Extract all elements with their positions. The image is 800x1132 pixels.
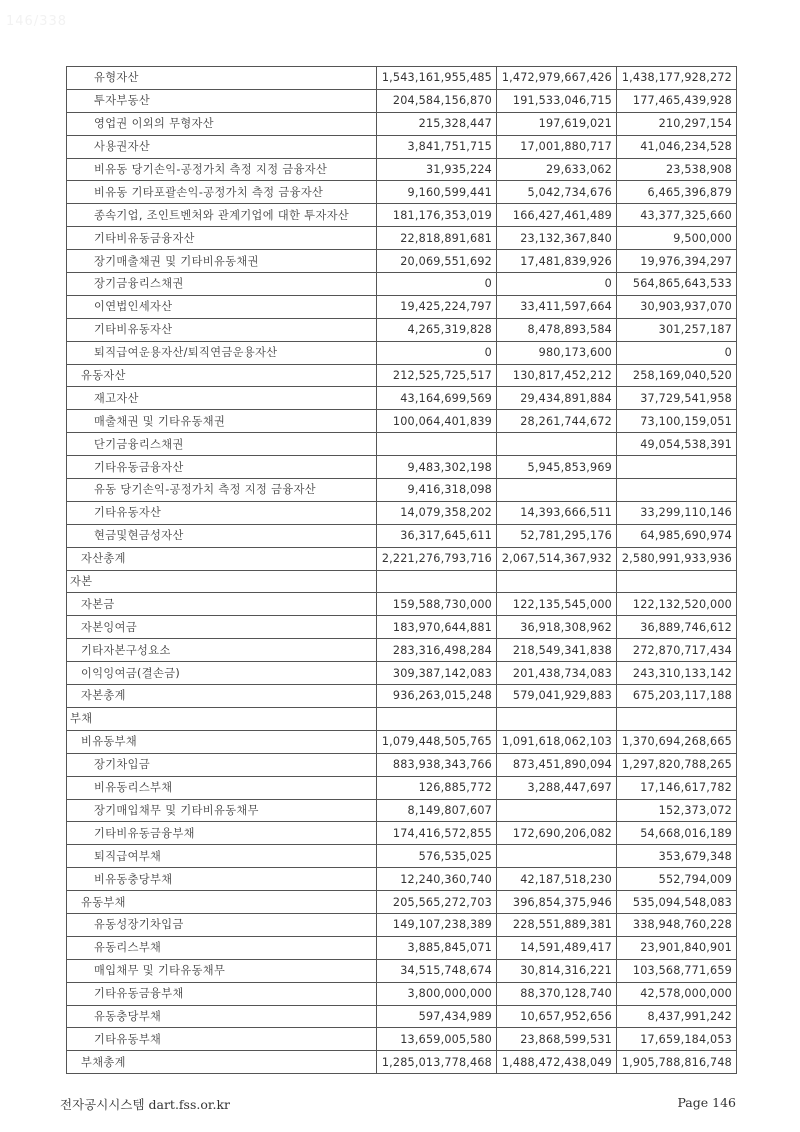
period-3-value: 535,094,548,083 [617,891,737,914]
table-row: 장기매입채무 및 기타비유동채무8,149,807,607152,373,072 [67,799,737,822]
period-3-value: 23,901,840,901 [617,936,737,959]
table-row: 기타비유동금융자산22,818,891,68123,132,367,8409,5… [67,227,737,250]
row-label: 자본총계 [67,685,377,708]
table-row: 기타유동금융부채3,800,000,00088,370,128,74042,57… [67,982,737,1005]
period-2-value: 14,591,489,417 [497,936,617,959]
table-row: 투자부동산204,584,156,870191,533,046,715177,4… [67,89,737,112]
period-2-value: 1,472,979,667,426 [497,67,617,90]
period-1-value: 31,935,224 [377,158,497,181]
period-1-value: 4,265,319,828 [377,318,497,341]
period-1-value: 204,584,156,870 [377,89,497,112]
period-2-value [497,799,617,822]
period-1-value: 19,425,224,797 [377,295,497,318]
period-3-value: 8,437,991,242 [617,1005,737,1028]
financial-statement-body: 유형자산1,543,161,955,4851,472,979,667,4261,… [67,67,737,1074]
period-2-value: 14,393,666,511 [497,501,617,524]
row-label: 이연법인세자산 [67,295,377,318]
period-1-value: 36,317,645,611 [377,524,497,547]
table-row: 현금및현금성자산36,317,645,61152,781,295,17664,9… [67,524,737,547]
period-1-value: 159,588,730,000 [377,593,497,616]
financial-statement-table: 유형자산1,543,161,955,4851,472,979,667,4261,… [66,66,737,1074]
page-watermark: 146/338 [6,14,67,29]
period-1-value: 2,221,276,793,716 [377,547,497,570]
row-label: 이익잉여금(결손금) [67,662,377,685]
period-3-value: 19,976,394,297 [617,250,737,273]
table-row: 유동부채205,565,272,703396,854,375,946535,09… [67,891,737,914]
table-row: 유동리스부채3,885,845,07114,591,489,41723,901,… [67,936,737,959]
period-1-value: 215,328,447 [377,112,497,135]
table-row: 기타자본구성요소283,316,498,284218,549,341,83827… [67,639,737,662]
row-label: 자산총계 [67,547,377,570]
row-label: 영업권 이외의 무형자산 [67,112,377,135]
period-3-value: 338,948,760,228 [617,913,737,936]
period-3-value: 9,500,000 [617,227,737,250]
table-row: 자본금159,588,730,000122,135,545,000122,132… [67,593,737,616]
period-2-value: 88,370,128,740 [497,982,617,1005]
period-2-value: 8,478,893,584 [497,318,617,341]
period-2-value: 29,633,062 [497,158,617,181]
row-label: 비유동 당기손익-공정가치 측정 지정 금융자산 [67,158,377,181]
period-3-value: 675,203,117,188 [617,685,737,708]
row-label: 자본 [67,570,377,593]
row-label: 기타비유동금융자산 [67,227,377,250]
row-label: 자본금 [67,593,377,616]
row-label: 유동충당부채 [67,1005,377,1028]
table-row: 기타비유동자산4,265,319,8288,478,893,584301,257… [67,318,737,341]
period-2-value: 2,067,514,367,932 [497,547,617,570]
period-2-value: 873,451,890,094 [497,753,617,776]
table-row: 장기차입금883,938,343,766873,451,890,0941,297… [67,753,737,776]
table-row: 유동성장기차입금149,107,238,389228,551,889,38133… [67,913,737,936]
period-2-value: 166,427,461,489 [497,204,617,227]
table-row: 기타비유동금융부채174,416,572,855172,690,206,0825… [67,822,737,845]
period-1-value: 883,938,343,766 [377,753,497,776]
period-3-value: 41,046,234,528 [617,135,737,158]
period-2-value: 17,481,839,926 [497,250,617,273]
table-row: 유동충당부채597,434,98910,657,952,6568,437,991… [67,1005,737,1028]
period-1-value: 181,176,353,019 [377,204,497,227]
row-label: 매입채무 및 기타유동채무 [67,959,377,982]
period-2-value: 191,533,046,715 [497,89,617,112]
period-2-value: 980,173,600 [497,341,617,364]
row-label: 장기차입금 [67,753,377,776]
table-row: 매출채권 및 기타유동채권100,064,401,83928,261,744,6… [67,410,737,433]
period-1-value: 9,416,318,098 [377,479,497,502]
period-3-value: 73,100,159,051 [617,410,737,433]
period-3-value: 564,865,643,533 [617,273,737,296]
period-3-value [617,707,737,730]
row-label: 장기금융리스채권 [67,273,377,296]
period-3-value: 30,903,937,070 [617,295,737,318]
period-1-value: 1,285,013,778,468 [377,1051,497,1074]
period-1-value: 20,069,551,692 [377,250,497,273]
period-2-value: 23,132,367,840 [497,227,617,250]
row-label: 장기매입채무 및 기타비유동채무 [67,799,377,822]
row-label: 퇴직급여운용자산/퇴직연금운용자산 [67,341,377,364]
period-2-value: 201,438,734,083 [497,662,617,685]
table-row: 장기금융리스채권00564,865,643,533 [67,273,737,296]
period-2-value: 579,041,929,883 [497,685,617,708]
row-label: 기타비유동금융부채 [67,822,377,845]
table-row: 부채총계1,285,013,778,4681,488,472,438,0491,… [67,1051,737,1074]
period-3-value: 17,659,184,053 [617,1028,737,1051]
period-3-value: 353,679,348 [617,845,737,868]
table-row: 이연법인세자산19,425,224,79733,411,597,66430,90… [67,295,737,318]
period-1-value: 183,970,644,881 [377,616,497,639]
table-row: 비유동 당기손익-공정가치 측정 지정 금융자산31,935,22429,633… [67,158,737,181]
period-3-value: 210,297,154 [617,112,737,135]
period-2-value: 28,261,744,672 [497,410,617,433]
table-row: 재고자산43,164,699,56929,434,891,88437,729,5… [67,387,737,410]
footer-source: 전자공시시스템 dart.fss.or.kr [60,1095,230,1113]
period-3-value [617,456,737,479]
row-label: 사용권자산 [67,135,377,158]
period-1-value [377,707,497,730]
period-1-value: 936,263,015,248 [377,685,497,708]
period-1-value: 3,885,845,071 [377,936,497,959]
period-2-value [497,433,617,456]
period-2-value: 5,042,734,676 [497,181,617,204]
period-3-value: 243,310,133,142 [617,662,737,685]
period-1-value: 1,543,161,955,485 [377,67,497,90]
period-2-value: 228,551,889,381 [497,913,617,936]
period-1-value: 149,107,238,389 [377,913,497,936]
row-label: 비유동부채 [67,730,377,753]
row-label: 부채 [67,707,377,730]
table-row: 장기매출채권 및 기타비유동채권20,069,551,69217,481,839… [67,250,737,273]
period-1-value: 205,565,272,703 [377,891,497,914]
table-row: 유동자산212,525,725,517130,817,452,212258,16… [67,364,737,387]
row-label: 기타유동금융부채 [67,982,377,1005]
period-1-value: 3,800,000,000 [377,982,497,1005]
row-label: 유형자산 [67,67,377,90]
period-2-value: 17,001,880,717 [497,135,617,158]
period-1-value: 576,535,025 [377,845,497,868]
period-3-value: 42,578,000,000 [617,982,737,1005]
period-3-value: 6,465,396,879 [617,181,737,204]
period-3-value: 177,465,439,928 [617,89,737,112]
period-3-value: 103,568,771,659 [617,959,737,982]
period-3-value: 258,169,040,520 [617,364,737,387]
period-1-value: 100,064,401,839 [377,410,497,433]
period-1-value: 174,416,572,855 [377,822,497,845]
row-label: 유동부채 [67,891,377,914]
row-label: 기타자본구성요소 [67,639,377,662]
period-2-value: 396,854,375,946 [497,891,617,914]
row-label: 부채총계 [67,1051,377,1074]
table-row: 자산총계2,221,276,793,7162,067,514,367,9322,… [67,547,737,570]
table-row: 자본 [67,570,737,593]
table-row: 비유동충당부채12,240,360,74042,187,518,230552,7… [67,868,737,891]
table-row: 기타유동금융자산9,483,302,1985,945,853,969 [67,456,737,479]
period-1-value: 283,316,498,284 [377,639,497,662]
period-3-value: 33,299,110,146 [617,501,737,524]
period-2-value: 1,488,472,438,049 [497,1051,617,1074]
table-row: 영업권 이외의 무형자산215,328,447197,619,021210,29… [67,112,737,135]
row-label: 기타비유동자산 [67,318,377,341]
table-row: 사용권자산3,841,751,71517,001,880,71741,046,2… [67,135,737,158]
table-row: 비유동부채1,079,448,505,7651,091,618,062,1031… [67,730,737,753]
period-3-value: 301,257,187 [617,318,737,341]
period-3-value: 54,668,016,189 [617,822,737,845]
table-row: 자본총계936,263,015,248579,041,929,883675,20… [67,685,737,708]
row-label: 유동 당기손익-공정가치 측정 지정 금융자산 [67,479,377,502]
row-label: 매출채권 및 기타유동채권 [67,410,377,433]
period-3-value: 1,438,177,928,272 [617,67,737,90]
row-label: 재고자산 [67,387,377,410]
period-1-value: 9,483,302,198 [377,456,497,479]
table-row: 단기금융리스채권49,054,538,391 [67,433,737,456]
period-1-value: 34,515,748,674 [377,959,497,982]
period-2-value: 0 [497,273,617,296]
period-2-value: 10,657,952,656 [497,1005,617,1028]
period-3-value: 37,729,541,958 [617,387,737,410]
row-label: 기타유동금융자산 [67,456,377,479]
period-1-value: 9,160,599,441 [377,181,497,204]
period-2-value: 42,187,518,230 [497,868,617,891]
period-1-value: 1,079,448,505,765 [377,730,497,753]
table-row: 기타유동자산14,079,358,20214,393,666,51133,299… [67,501,737,524]
period-1-value: 13,659,005,580 [377,1028,497,1051]
period-1-value: 14,079,358,202 [377,501,497,524]
period-2-value: 122,135,545,000 [497,593,617,616]
period-3-value: 552,794,009 [617,868,737,891]
period-1-value: 12,240,360,740 [377,868,497,891]
period-1-value: 8,149,807,607 [377,799,497,822]
period-3-value: 272,870,717,434 [617,639,737,662]
row-label: 종속기업, 조인트벤처와 관계기업에 대한 투자자산 [67,204,377,227]
period-2-value: 5,945,853,969 [497,456,617,479]
period-3-value: 2,580,991,933,936 [617,547,737,570]
table-row: 기타유동부채13,659,005,58023,868,599,53117,659… [67,1028,737,1051]
period-1-value: 3,841,751,715 [377,135,497,158]
period-1-value: 43,164,699,569 [377,387,497,410]
period-2-value [497,479,617,502]
row-label: 퇴직급여부채 [67,845,377,868]
period-3-value: 17,146,617,782 [617,776,737,799]
period-2-value [497,707,617,730]
period-3-value: 1,297,820,788,265 [617,753,737,776]
row-label: 유동자산 [67,364,377,387]
row-label: 현금및현금성자산 [67,524,377,547]
table-row: 퇴직급여운용자산/퇴직연금운용자산0980,173,6000 [67,341,737,364]
period-2-value: 52,781,295,176 [497,524,617,547]
period-3-value [617,479,737,502]
table-row: 유형자산1,543,161,955,4851,472,979,667,4261,… [67,67,737,90]
period-1-value [377,570,497,593]
period-3-value: 1,370,694,268,665 [617,730,737,753]
period-1-value: 212,525,725,517 [377,364,497,387]
period-3-value: 36,889,746,612 [617,616,737,639]
period-2-value: 29,434,891,884 [497,387,617,410]
period-3-value: 64,985,690,974 [617,524,737,547]
period-1-value: 22,818,891,681 [377,227,497,250]
period-3-value: 1,905,788,816,748 [617,1051,737,1074]
row-label: 기타유동자산 [67,501,377,524]
table-row: 자본잉여금183,970,644,88136,918,308,96236,889… [67,616,737,639]
table-row: 부채 [67,707,737,730]
period-1-value [377,433,497,456]
period-2-value [497,845,617,868]
period-2-value: 33,411,597,664 [497,295,617,318]
period-3-value: 49,054,538,391 [617,433,737,456]
period-1-value: 0 [377,341,497,364]
table-row: 이익잉여금(결손금)309,387,142,083201,438,734,083… [67,662,737,685]
row-label: 비유동리스부채 [67,776,377,799]
period-1-value: 309,387,142,083 [377,662,497,685]
table-row: 종속기업, 조인트벤처와 관계기업에 대한 투자자산181,176,353,01… [67,204,737,227]
table-row: 유동 당기손익-공정가치 측정 지정 금융자산9,416,318,098 [67,479,737,502]
row-label: 자본잉여금 [67,616,377,639]
row-label: 유동성장기차입금 [67,913,377,936]
period-3-value: 122,132,520,000 [617,593,737,616]
row-label: 단기금융리스채권 [67,433,377,456]
period-1-value: 126,885,772 [377,776,497,799]
period-2-value: 218,549,341,838 [497,639,617,662]
period-1-value: 0 [377,273,497,296]
row-label: 투자부동산 [67,89,377,112]
table-row: 매입채무 및 기타유동채무34,515,748,67430,814,316,22… [67,959,737,982]
period-2-value: 36,918,308,962 [497,616,617,639]
period-2-value [497,570,617,593]
period-3-value: 43,377,325,660 [617,204,737,227]
period-3-value [617,570,737,593]
table-row: 비유동리스부채126,885,7723,288,447,69717,146,61… [67,776,737,799]
period-1-value: 597,434,989 [377,1005,497,1028]
table-row: 비유동 기타포괄손익-공정가치 측정 금융자산9,160,599,4415,04… [67,181,737,204]
period-2-value: 172,690,206,082 [497,822,617,845]
period-2-value: 30,814,316,221 [497,959,617,982]
period-2-value: 130,817,452,212 [497,364,617,387]
period-2-value: 23,868,599,531 [497,1028,617,1051]
row-label: 비유동 기타포괄손익-공정가치 측정 금융자산 [67,181,377,204]
row-label: 유동리스부채 [67,936,377,959]
period-3-value: 152,373,072 [617,799,737,822]
row-label: 장기매출채권 및 기타비유동채권 [67,250,377,273]
table-row: 퇴직급여부채576,535,025353,679,348 [67,845,737,868]
footer-page-number: Page 146 [677,1095,736,1110]
period-3-value: 23,538,908 [617,158,737,181]
row-label: 기타유동부채 [67,1028,377,1051]
period-3-value: 0 [617,341,737,364]
period-2-value: 197,619,021 [497,112,617,135]
period-2-value: 3,288,447,697 [497,776,617,799]
row-label: 비유동충당부채 [67,868,377,891]
period-2-value: 1,091,618,062,103 [497,730,617,753]
